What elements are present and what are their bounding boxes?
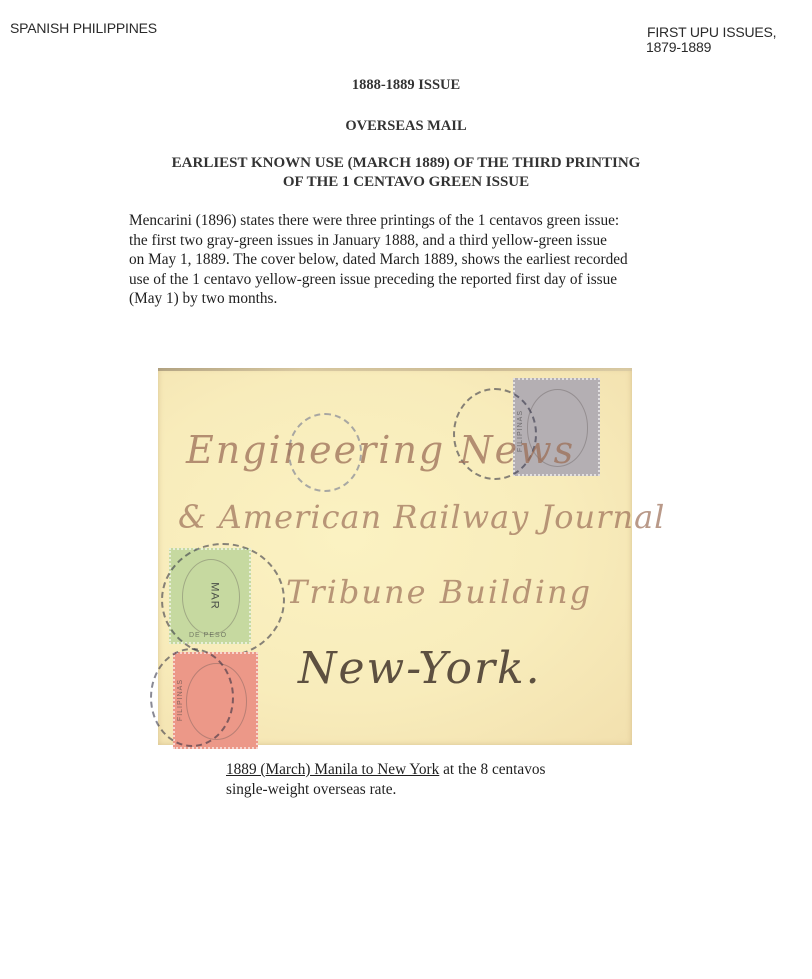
page-title-line1: EARLIEST KNOWN USE (MARCH 1889) OF THE T… xyxy=(0,154,812,173)
header-right-line1: FIRST UPU ISSUES, xyxy=(647,24,776,40)
intro-line: (May 1) by two months. xyxy=(129,289,719,309)
intro-line: use of the 1 centavo yellow-green issue … xyxy=(129,270,719,290)
postmark-manila xyxy=(161,543,285,657)
header-right-line2: 1879-1889 xyxy=(646,40,776,55)
address-line-2: & American Railway Journal xyxy=(178,498,665,536)
mail-type-heading: OVERSEAS MAIL xyxy=(0,118,812,135)
page-title: EARLIEST KNOWN USE (MARCH 1889) OF THE T… xyxy=(0,154,812,192)
address-line-1: Engineering News xyxy=(186,428,575,472)
intro-line: the first two gray-green issues in Janua… xyxy=(129,231,719,251)
intro-paragraph: Mencarini (1896) states there were three… xyxy=(129,211,719,309)
issue-heading: 1888-1889 ISSUE xyxy=(0,77,812,94)
cover-envelope-image: FILIPINAS DE PESO MAR FILIPINAS Engineer… xyxy=(158,368,632,745)
page-title-line2: OF THE 1 CENTAVO GREEN ISSUE xyxy=(0,173,812,192)
address-line-3: Tribune Building xyxy=(286,573,592,611)
caption-line2: single-weight overseas rate. xyxy=(226,781,396,798)
header-collection-title: SPANISH PHILIPPINES xyxy=(10,20,157,36)
caption-rate: at the 8 centavos xyxy=(439,761,545,778)
intro-line: Mencarini (1896) states there were three… xyxy=(129,211,719,231)
address-line-4: New-York. xyxy=(298,643,542,694)
intro-line: on May 1, 1889. The cover below, dated M… xyxy=(129,250,719,270)
postmark-rose-stamp xyxy=(150,648,234,747)
cover-caption: 1889 (March) Manila to New York at the 8… xyxy=(226,760,646,800)
header-exhibit-title: FIRST UPU ISSUES, 1879-1889 xyxy=(647,25,776,55)
caption-route: 1889 (March) Manila to New York xyxy=(226,761,439,778)
